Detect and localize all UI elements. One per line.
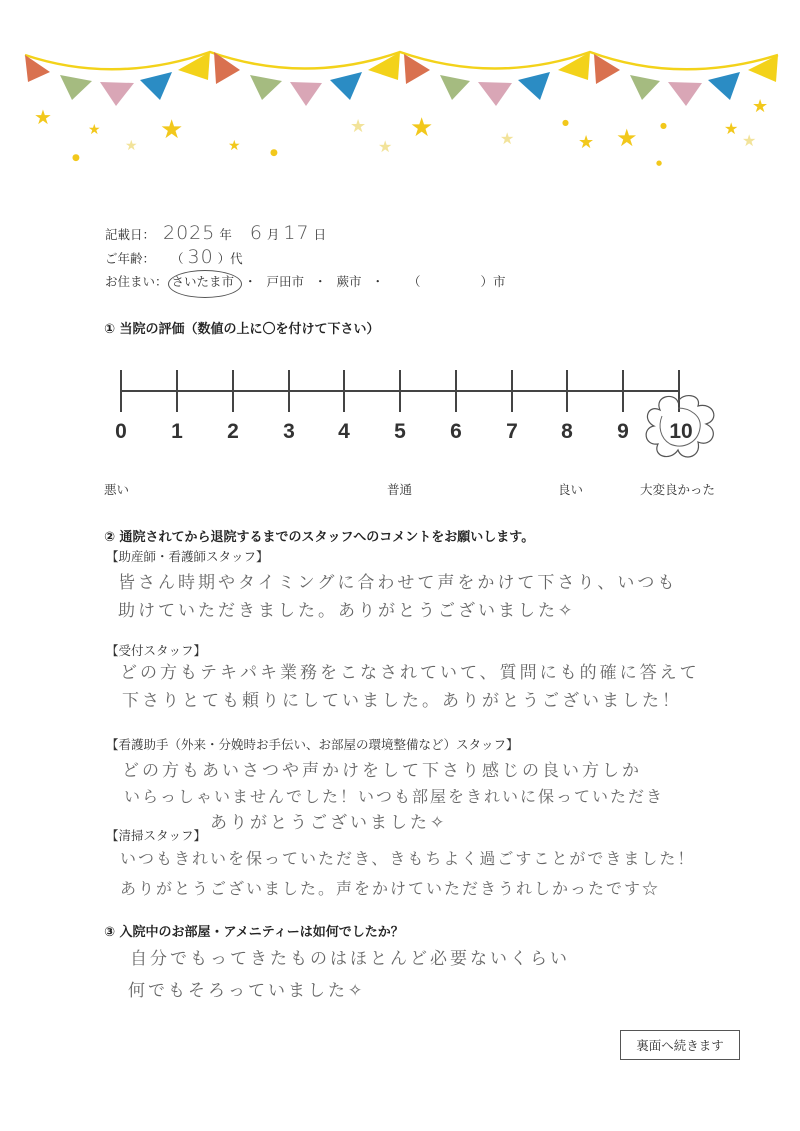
age-open-paren: （ xyxy=(171,251,184,266)
scale-value-6[interactable]: 6 xyxy=(441,420,471,444)
comment-line[interactable]: 何でもそろっていました✧ xyxy=(128,976,365,1001)
hand-drawn-flower-circle-icon xyxy=(640,392,722,464)
scale-tick xyxy=(288,370,290,412)
svg-text:★: ★ xyxy=(378,137,392,156)
scale-value-4[interactable]: 4 xyxy=(329,420,359,444)
residence-other-close: ）市 xyxy=(480,274,505,289)
svg-text:●: ● xyxy=(562,118,569,127)
age-row: ご年齢： （ 30 ）代 xyxy=(105,246,243,268)
residence-label: お住まい： xyxy=(105,274,168,289)
comment-line[interactable]: ありがとうございました✧ xyxy=(210,808,447,833)
svg-text:★: ★ xyxy=(578,132,594,153)
comment-line[interactable]: 皆さん時期やタイミングに合わせて声をかけて下さり、いつも xyxy=(118,568,677,593)
scale-tick xyxy=(120,370,122,412)
comment-line[interactable]: 下さりとても頼りにしていました。ありがとうございました！ xyxy=(122,686,682,711)
staff-group-label-reception: 【受付スタッフ】 xyxy=(106,641,206,659)
scale-tick xyxy=(511,370,513,412)
svg-text:●: ● xyxy=(72,153,80,163)
continued-on-back-label: 裏面へ続きます xyxy=(636,1036,724,1054)
scale-value-1[interactable]: 1 xyxy=(162,420,192,444)
residence-other-open: （ xyxy=(408,274,421,289)
bunting-flags-icon xyxy=(25,52,778,106)
svg-text:★: ★ xyxy=(125,138,138,154)
age-unit: ）代 xyxy=(218,251,243,266)
svg-text:★: ★ xyxy=(752,96,768,117)
scale-tick xyxy=(566,370,568,412)
bunting-garland-decoration: ★ ★ ★ ★ ● ★ ● ★ ★ ★ ★ ● ★ ★ ● ★ ★ ★ ● xyxy=(0,40,800,180)
comment-line[interactable]: どの方もあいさつや声かけをして下さり感じの良い方しか xyxy=(122,756,642,781)
svg-text:★: ★ xyxy=(350,116,366,137)
scale-value-5[interactable]: 5 xyxy=(385,420,415,444)
scale-value-7[interactable]: 7 xyxy=(497,420,527,444)
scale-value-2[interactable]: 2 xyxy=(218,420,248,444)
date-day-value[interactable]: 17 xyxy=(283,222,309,244)
scale-tick xyxy=(176,370,178,412)
section2-title: ② 通院されてから退院するまでのスタッフへのコメントをお願いします。 xyxy=(104,526,534,545)
year-unit: 年 xyxy=(219,227,232,242)
comment-line[interactable]: いらっしゃいませんでした！いつも部屋をきれいに保っていただき xyxy=(124,784,664,807)
svg-text:★: ★ xyxy=(724,119,738,138)
stars-decoration-icon: ★ ★ ★ ★ ● ★ ● ★ ★ ★ ★ ● ★ ★ ● ★ ★ ★ ● xyxy=(34,96,768,167)
comment-line[interactable]: どの方もテキパキ業務をこなされていて、質問にも的確に答えて xyxy=(120,658,700,683)
staff-group-label-nursing-assistant: 【看護助手（外来・分娩時お手伝い、お部屋の環境整備など）スタッフ】 xyxy=(106,735,519,753)
svg-text:★: ★ xyxy=(742,131,756,150)
age-label: ご年齢： xyxy=(105,251,155,266)
svg-text:★: ★ xyxy=(34,105,52,129)
comment-line[interactable]: 助けていただきました。ありがとうございました✧ xyxy=(118,596,575,621)
section3-title: ③ 入院中のお部屋・アメニティーは如何でしたか？ xyxy=(104,921,404,940)
scale-value-0[interactable]: 0 xyxy=(106,420,136,444)
separator-dot: ・ xyxy=(244,274,257,289)
anchor-bad: 悪い xyxy=(104,480,129,498)
scale-tick xyxy=(232,370,234,412)
svg-text:★: ★ xyxy=(160,115,183,145)
scale-value-8[interactable]: 8 xyxy=(552,420,582,444)
anchor-very-good: 大変良かった xyxy=(640,480,715,498)
scale-tick xyxy=(399,370,401,412)
residence-row: お住まい： さいたま市 ・ 戸田市 ・ 蕨市 ・ （ ）市 xyxy=(105,272,506,290)
scale-tick xyxy=(343,370,345,412)
comment-line[interactable]: 自分でもってきたものはほとんど必要ないくらい xyxy=(130,944,570,969)
date-year-value[interactable]: 2025 xyxy=(163,222,215,244)
separator-dot: ・ xyxy=(314,274,327,289)
scale-tick xyxy=(455,370,457,412)
svg-text:★: ★ xyxy=(88,122,101,138)
residence-option-warabi[interactable]: 蕨市 xyxy=(337,274,362,289)
hand-drawn-circle-icon xyxy=(168,270,242,298)
svg-text:●: ● xyxy=(270,148,278,158)
staff-group-label-midwife-nurse: 【助産師・看護師スタッフ】 xyxy=(106,547,269,565)
age-value[interactable]: 30 xyxy=(188,246,214,268)
scale-tick xyxy=(622,370,624,412)
svg-text:★: ★ xyxy=(500,129,514,148)
date-month-value[interactable]: 6 xyxy=(250,222,263,244)
day-unit: 日 xyxy=(314,227,327,242)
continued-on-back-notice: 裏面へ続きます xyxy=(620,1030,740,1060)
date-row: 記載日： 2025 年 6 月 17 日 xyxy=(105,222,326,244)
month-unit: 月 xyxy=(267,227,280,242)
svg-text:★: ★ xyxy=(228,138,241,154)
svg-text:★: ★ xyxy=(616,124,638,152)
residence-option-saitama[interactable]: さいたま市 xyxy=(172,272,235,290)
scale-value-3[interactable]: 3 xyxy=(274,420,304,444)
separator-dot: ・ xyxy=(372,274,385,289)
comment-line[interactable]: いつもきれいを保っていただき、きもちよく過ごすことができました！ xyxy=(120,846,695,869)
anchor-good: 良い xyxy=(558,480,583,498)
comment-line[interactable]: ありがとうございました。声をかけていただきうれしかったです☆ xyxy=(120,876,660,899)
residence-option-toda[interactable]: 戸田市 xyxy=(267,274,305,289)
anchor-normal: 普通 xyxy=(387,480,412,498)
staff-group-label-cleaning: 【清掃スタッフ】 xyxy=(106,826,206,844)
section1-title: ① 当院の評価（数値の上に〇を付けて下さい） xyxy=(104,318,380,337)
scale-value-9[interactable]: 9 xyxy=(608,420,638,444)
svg-text:★: ★ xyxy=(410,113,433,143)
svg-text:●: ● xyxy=(660,121,667,130)
date-label: 記載日： xyxy=(105,227,155,242)
svg-text:●: ● xyxy=(656,159,662,167)
